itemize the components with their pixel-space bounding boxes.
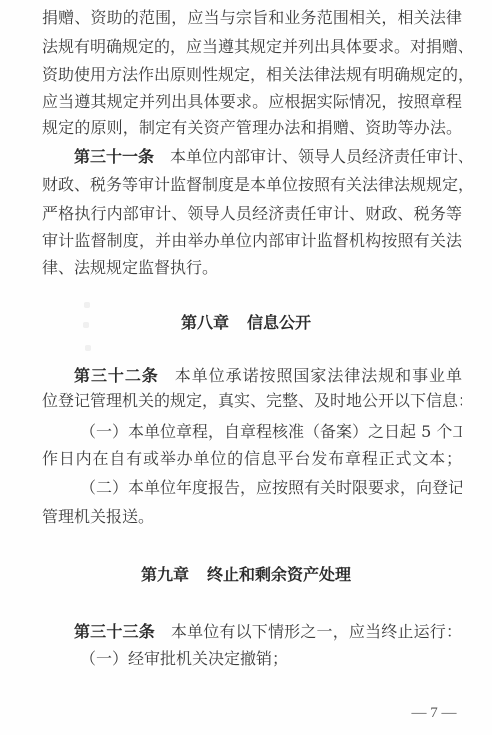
list-item-line: （一）经审批机关决定撤销； bbox=[80, 647, 462, 671]
list-item-line: 作日内在自有或举办单位的信息平台发布章程正式文本； bbox=[42, 447, 462, 471]
scan-artifact bbox=[84, 302, 90, 308]
body-line: 应当遵其规定并列出具体要求。应根据实际情况，按照章程 bbox=[42, 90, 462, 114]
document-page: 捐赠、资助的范围，应当与宗旨和业务范围相关，相关法律 法规有明确规定的，应当遵其… bbox=[0, 0, 492, 735]
chapter-title: 信息公开 bbox=[247, 313, 311, 332]
page-number: — 7 — bbox=[404, 703, 464, 723]
body-line: 律、法规规定监督执行。 bbox=[42, 256, 462, 280]
body-line: 财政、税务等审计监督制度是本单位按照有关法律法规规定， bbox=[42, 173, 462, 197]
body-line: 捐赠、资助的范围，应当与宗旨和业务范围相关，相关法律 bbox=[42, 6, 462, 30]
article-text: 本单位承诺按照国家法律法规和事业单 bbox=[175, 366, 462, 385]
list-item-line: （一）本单位章程，自章程核准（备案）之日起 5 个工 bbox=[80, 420, 462, 444]
article-label: 第三十一条 bbox=[74, 147, 154, 166]
body-line: 严格执行内部审计、领导人员经济责任审计、财政、税务等 bbox=[42, 202, 462, 226]
article-label: 第三十二条 bbox=[74, 366, 159, 385]
chapter-number: 第八章 bbox=[181, 313, 229, 332]
chapter-title: 终止和剩余资产处理 bbox=[207, 565, 351, 584]
article-33-first-line: 第三十三条本单位有以下情形之一，应当终止运行： bbox=[74, 620, 462, 644]
body-line: 资助使用方法作出原则性规定，相关法律法规有明确规定的， bbox=[42, 63, 462, 87]
article-label: 第三十三条 bbox=[74, 622, 155, 641]
body-line: 位登记管理机关的规定，真实、完整、及时地公开以下信息： bbox=[42, 389, 462, 413]
scan-artifact bbox=[85, 345, 91, 351]
chapter-number: 第九章 bbox=[141, 565, 189, 584]
article-32-first-line: 第三十二条本单位承诺按照国家法律法规和事业单 bbox=[74, 364, 462, 388]
article-text: 本单位内部审计、领导人员经济责任审计、 bbox=[170, 147, 462, 166]
body-line: 规定的原则，制定有关资产管理办法和捐赠、资助等办法。 bbox=[42, 116, 462, 140]
chapter-heading: 第八章信息公开 bbox=[0, 311, 492, 335]
list-item-line: （二）本单位年度报告，应按照有关时限要求，向登记 bbox=[80, 476, 462, 500]
chapter-heading: 第九章终止和剩余资产处理 bbox=[0, 563, 492, 587]
list-item-line: 管理机关报送。 bbox=[42, 505, 462, 529]
body-line: 法规有明确规定的，应当遵其规定并列出具体要求。对捐赠、 bbox=[42, 35, 462, 59]
body-line: 审计监督制度，并由举办单位内部审计监督机构按照有关法 bbox=[42, 229, 462, 253]
article-31-first-line: 第三十一条本单位内部审计、领导人员经济责任审计、 bbox=[74, 145, 462, 169]
article-text: 本单位有以下情形之一，应当终止运行： bbox=[171, 622, 462, 641]
